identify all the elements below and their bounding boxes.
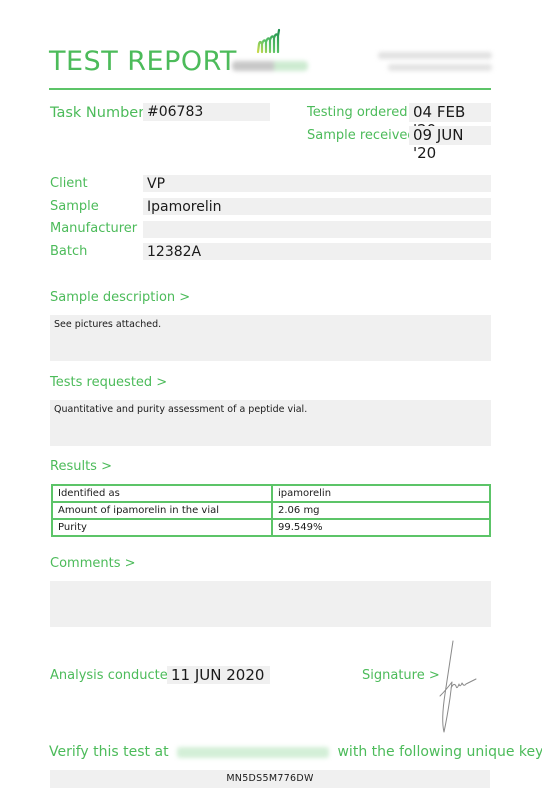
handwritten-signature-icon [432, 638, 482, 736]
sample-received-value: 09 JUN '20 [409, 126, 491, 145]
table-row: Purity 99.549% [52, 519, 490, 536]
results-heading: Results > [50, 458, 112, 476]
result-label: Identified as [52, 485, 272, 502]
report-title: TEST REPORT [49, 44, 237, 80]
tests-requested-text: Quantitative and purity assessment of a … [50, 400, 491, 446]
result-value: 2.06 mg [272, 502, 490, 519]
unique-key-value: MN5DS5M776DW [50, 770, 490, 788]
result-label: Purity [52, 519, 272, 536]
task-number-label: Task Number [50, 104, 144, 122]
analysis-conducted-value: 11 JUN 2020 [167, 666, 270, 684]
sample-description-heading: Sample description > [50, 289, 190, 307]
contact-email-redacted [378, 52, 492, 59]
header-divider [49, 88, 491, 90]
table-row: Identified as ipamorelin [52, 485, 490, 502]
sample-description-text: See pictures attached. [50, 315, 491, 361]
verify-prefix: Verify this test at [49, 744, 169, 760]
manufacturer-value [143, 221, 491, 238]
client-value: VP [143, 175, 491, 192]
tests-requested-heading: Tests requested > [50, 374, 167, 392]
comments-text [50, 581, 491, 627]
testing-ordered-value: 04 FEB '20 [409, 103, 491, 122]
sample-value: Ipamorelin [143, 198, 491, 215]
task-number-value: #06783 [143, 103, 270, 121]
verify-line: Verify this test at with the following u… [49, 742, 542, 762]
verify-suffix: with the following unique key [337, 744, 542, 760]
batch-label: Batch [50, 243, 87, 261]
results-table: Identified as ipamorelin Amount of ipamo… [51, 484, 491, 537]
manufacturer-label: Manufacturer [50, 220, 137, 238]
comments-heading: Comments > [50, 555, 136, 573]
result-value: ipamorelin [272, 485, 490, 502]
contact-website-redacted [388, 64, 492, 71]
chart-bars-logo-icon [228, 26, 314, 80]
company-name-redacted [232, 61, 308, 71]
sample-label: Sample [50, 198, 99, 216]
client-label: Client [50, 175, 88, 193]
batch-value: 12382A [143, 243, 491, 260]
table-row: Amount of ipamorelin in the vial 2.06 mg [52, 502, 490, 519]
verify-url-redacted[interactable] [177, 747, 329, 758]
signature-label: Signature > [362, 667, 440, 685]
result-value: 99.549% [272, 519, 490, 536]
result-label: Amount of ipamorelin in the vial [52, 502, 272, 519]
